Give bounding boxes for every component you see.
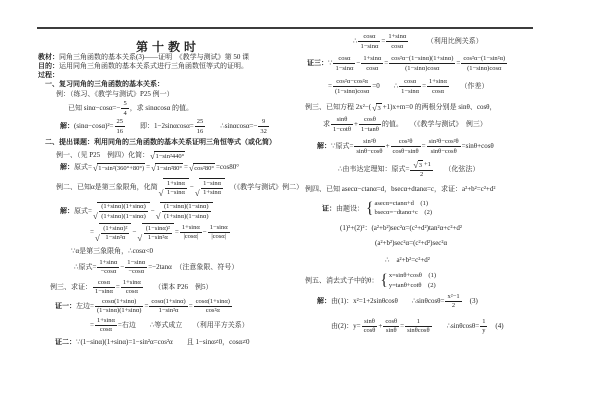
doc-line: 解：∵原式=sin²θsinθ−cosθ+cos²θcosθ−sinθ=sin²… bbox=[317, 138, 540, 155]
doc-line: 解：原式=√1−sin²(360°+80°)=√1−sin²80°=√cos²8… bbox=[60, 163, 304, 172]
doc-line: 过程： bbox=[38, 71, 304, 80]
doc-line: ∴ a²+b²=c²+d² bbox=[385, 256, 540, 265]
doc-line: 二、提出课题：利用同角的三角函数的基本关系证明三角恒等式（或化简） bbox=[45, 138, 304, 147]
doc-line: 例三、已知方程 2x²−(√3+1)x+m=0 的两根分别是 sinθ、cosθ… bbox=[305, 103, 540, 112]
doc-line: 证二：∵(1−sinα)(1+sinα)=1−sin²α=cos²α 且 1−s… bbox=[55, 338, 304, 347]
doc-line: 解：(sinα−cosα)²=2516 即：1−2sinαcosα=2516 ∴… bbox=[60, 118, 304, 135]
doc-line: 例四、已知 asecα−ctanα=d，bsecα+dtanα=c，求证：a²+… bbox=[305, 185, 540, 194]
doc-line: 由(2)：y=sinθcosθ+cosθsinθ=1sinθcosθ ∴sinθ… bbox=[331, 318, 540, 335]
doc-line: 一、复习同角的三角函数的基本关系： bbox=[45, 80, 304, 89]
doc-line: =cos²α−cos²α(1−sinα)cosα=0 ∴cosα1−sinα=1… bbox=[328, 78, 540, 95]
doc-line: 目的：运用同角三角函数的基本关系式进行三角函数恒等式的证明。 bbox=[38, 62, 304, 71]
doc-line: =1+sinαcosα=右边 ∴等式成立 （利用平方关系） bbox=[90, 317, 304, 334]
header-rule bbox=[37, 27, 533, 29]
doc-line: ∴cosα1−sinα=1+sinαcosα （利用比例关系） bbox=[353, 33, 540, 50]
doc-line: ∴原式=1+sinα−cosα−1−sinα−cosα=−2tanα （注意象限… bbox=[74, 259, 304, 276]
doc-line: 例：（练习、《教学与测试》P25 例一） bbox=[56, 90, 304, 99]
doc-line: 例二、已知α是第三象限角，化简√1+sinα1−sinα−√1−sinα1+si… bbox=[56, 178, 304, 197]
left-column: 教材：同角三角函数的基本关系(3)——证明 《教学与测试》第 50 课目的：运用… bbox=[38, 53, 304, 347]
doc-line: ∵α是第三象限角，∴cosα<0 bbox=[71, 247, 304, 256]
right-column: ∴cosα1−sinα=1+sinαcosα （利用比例关系）证三：∵cosα1… bbox=[305, 33, 540, 335]
doc-line: 例一、（见 P25 例四）化简：√1−sin²440° bbox=[56, 151, 304, 160]
doc-line: 证一：左边=cosα(1+sinα)(1−sinα)(1+sinα)=cosα(… bbox=[55, 298, 304, 315]
doc-line: 教材：同角三角函数的基本关系(3)——证明 《教学与测试》第 50 课 bbox=[38, 53, 304, 62]
doc-line: (1)²+(2)²：(a²+b²)sec²α=(c²+d²)tan²α+c²+d… bbox=[340, 224, 540, 233]
doc-line: 解：原式=√(1+sinα)(1+sinα)(1+sinα)(1−sinα)−√… bbox=[60, 202, 304, 221]
doc-line: 证三：∵cosα1−sinα−1+sinαcosα=cos²α−(1−sinα)… bbox=[307, 55, 540, 72]
doc-line: ∴由韦达定理知：原式=√3+12 （化弦法） bbox=[338, 160, 540, 179]
doc-line: 求sinθ1−cotθ+cosθ1−tanθ的值。 （《教学与测试》 例三） bbox=[323, 116, 540, 133]
doc-line: =√(1+sinα)²1−sin²α−√(1−sinα)²1−sin²α=1+s… bbox=[90, 223, 304, 242]
document-page: 第十教时 教材：同角三角函数的基本关系(3)——证明 《教学与测试》第 50 课… bbox=[0, 0, 600, 400]
doc-line: 已知 sinα−cosα=−54，求 sinαcosα 的值。 bbox=[68, 100, 304, 117]
doc-line: (a²+b²)sec²α=(c²+d²)sec²α bbox=[375, 239, 540, 248]
doc-line: 例五、消去式子中的θ：{x=sinθ+cosθ (1)y=tanθ+cotθ (… bbox=[305, 272, 540, 290]
doc-line: 证：由题设：{asecα=ctanα+d (1)bsecα=−dtanα+c (… bbox=[322, 200, 540, 218]
doc-line: 例三、求证：cosα1−sinα=1+sinαcosα （课本 P26 例5） bbox=[50, 279, 304, 296]
doc-line: 解：由(1)：x²=1+2sinθcosθ ∴sinθcosθ=x²−12 (3… bbox=[317, 293, 540, 310]
